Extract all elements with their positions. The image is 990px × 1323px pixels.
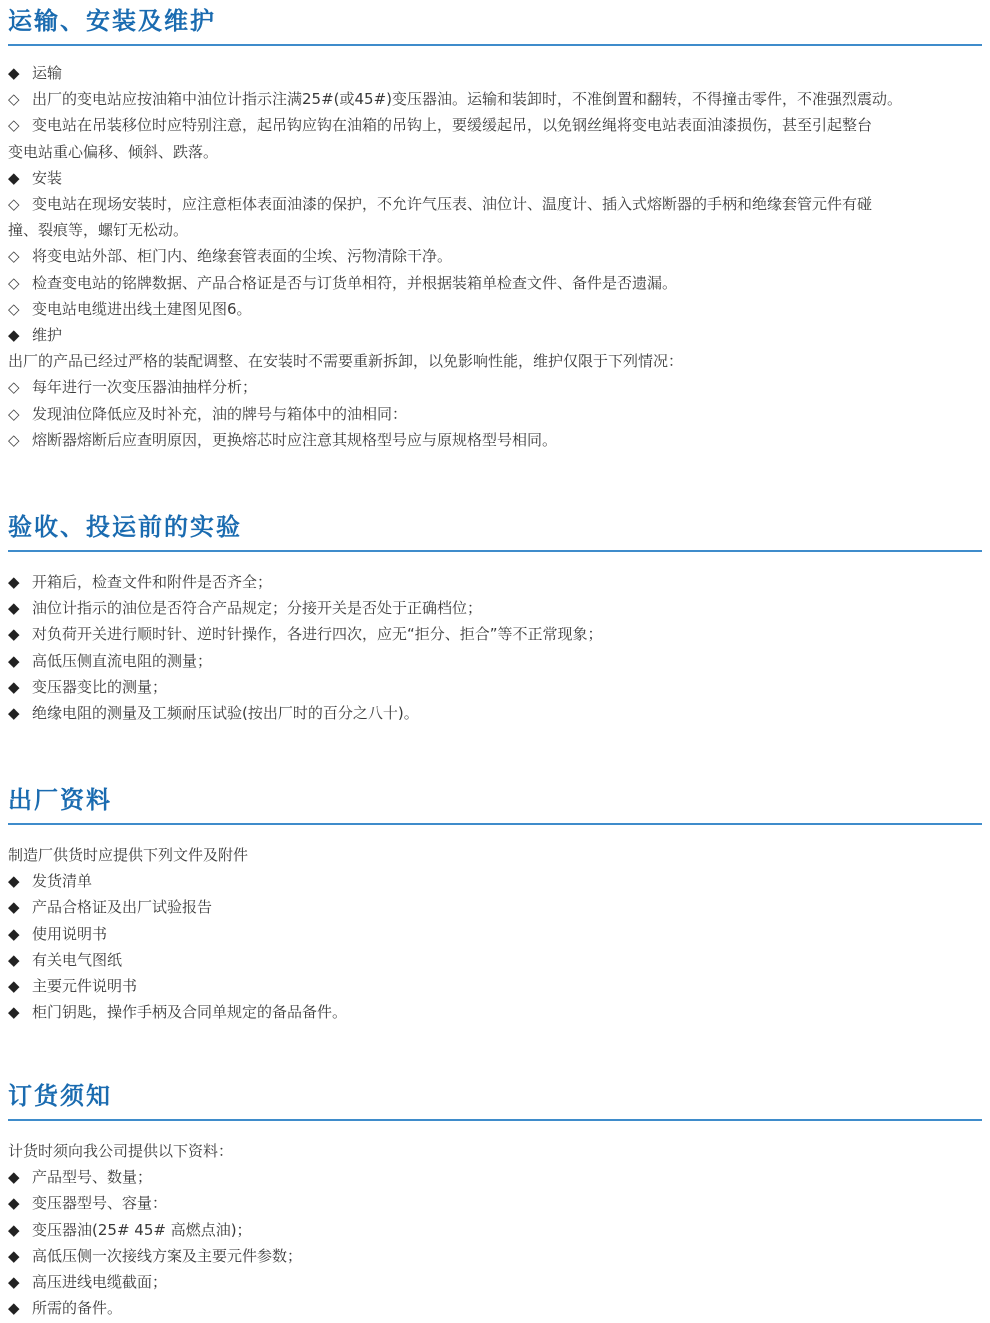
filled-diamond-bullet-icon: ◆	[8, 1243, 32, 1269]
line-text: 开箱后，检查文件和附件是否齐全；	[32, 573, 272, 591]
line-text: 产品型号、数量；	[32, 1168, 152, 1186]
filled-diamond-bullet-icon: ◆	[8, 947, 32, 973]
line-text: 使用说明书	[32, 925, 107, 943]
list-item: 出厂的产品已经过严格的装配调整、在安装时不需要重新拆卸，以免影响性能，维护仅限于…	[8, 348, 982, 374]
line-text: 主要元件说明书	[32, 977, 137, 995]
line-text: 发现油位降低应及时补充，油的牌号与箱体中的油相同：	[32, 405, 407, 423]
list-item: ◇每年进行一次变压器油抽样分析；	[8, 374, 982, 400]
filled-diamond-bullet-icon: ◆	[8, 322, 32, 348]
list-item: ◆安装	[8, 165, 982, 191]
list-item: ◆对负荷开关进行顺时针、逆时针操作，各进行四次，应无“拒分、拒合”等不正常现象；	[8, 621, 982, 647]
line-text: 维护	[32, 326, 62, 344]
line-text: 产品合格证及出厂试验报告	[32, 898, 212, 916]
hollow-diamond-bullet-icon: ◇	[8, 427, 32, 453]
list-item: ◆产品合格证及出厂试验报告	[8, 894, 982, 920]
hollow-diamond-bullet-icon: ◇	[8, 374, 32, 400]
list-item: ◇检查变电站的铭牌数据、产品合格证是否与订货单相符，并根据装箱单检查文件、备件是…	[8, 270, 982, 296]
list-item: ◆所需的备件。	[8, 1295, 982, 1321]
section-divider	[8, 823, 982, 825]
line-text: 高低压侧直流电阻的测量；	[32, 652, 212, 670]
line-text: 检查变电站的铭牌数据、产品合格证是否与订货单相符，并根据装箱单检查文件、备件是否…	[32, 274, 677, 292]
list-item: ◆绝缘电阻的测量及工频耐压试验(按出厂时的百分之八十)。	[8, 700, 982, 726]
list-item: ◇出厂的变电站应按油箱中油位计指示注满25#(或45#)变压器油。运输和装卸时，…	[8, 86, 982, 112]
filled-diamond-bullet-icon: ◆	[8, 894, 32, 920]
list-item: ◆变压器油(25# 45# 高燃点油)；	[8, 1217, 982, 1243]
filled-diamond-bullet-icon: ◆	[8, 569, 32, 595]
content-lines: 计货时须向我公司提供以下资料：◆产品型号、数量；◆变压器型号、容量：◆变压器油(…	[8, 1138, 982, 1321]
list-item: 制造厂供货时应提供下列文件及附件	[8, 842, 982, 868]
list-item: ◆使用说明书	[8, 921, 982, 947]
filled-diamond-bullet-icon: ◆	[8, 621, 32, 647]
list-item: ◆高低压侧一次接线方案及主要元件参数；	[8, 1243, 982, 1269]
hollow-diamond-bullet-icon: ◇	[8, 191, 32, 217]
line-text: 高低压侧一次接线方案及主要元件参数；	[32, 1247, 302, 1265]
line-text: 变电站重心偏移、倾斜、跌落。	[8, 143, 218, 161]
list-item: ◇将变电站外部、柜门内、绝缘套管表面的尘埃、污物清除干净。	[8, 243, 982, 269]
line-text: 撞、裂痕等，螺钉无松动。	[8, 221, 188, 239]
hollow-diamond-bullet-icon: ◇	[8, 296, 32, 322]
line-text: 油位计指示的油位是否符合产品规定；分接开关是否处于正确档位；	[32, 599, 482, 617]
line-text: 变压器油(25# 45# 高燃点油)；	[32, 1221, 252, 1239]
list-item: 计货时须向我公司提供以下资料：	[8, 1138, 982, 1164]
hollow-diamond-bullet-icon: ◇	[8, 112, 32, 138]
section-divider	[8, 550, 982, 552]
line-text: 安装	[32, 169, 62, 187]
filled-diamond-bullet-icon: ◆	[8, 921, 32, 947]
line-text: 高压进线电缆截面；	[32, 1273, 167, 1291]
line-text: 出厂的产品已经过严格的装配调整、在安装时不需要重新拆卸，以免影响性能，维护仅限于…	[8, 352, 683, 370]
line-text: 变电站在吊装移位时应特别注意，起吊钩应钩在油箱的吊钩上，要缓缓起吊，以免钢丝绳将…	[32, 116, 872, 134]
line-text: 有关电气图纸	[32, 951, 122, 969]
line-text: 所需的备件。	[32, 1299, 122, 1317]
line-text: 变电站在现场安装时，应注意柜体表面油漆的保护，不允许气压表、油位计、温度计、插入…	[32, 195, 872, 213]
line-text: 变压器型号、容量：	[32, 1194, 167, 1212]
filled-diamond-bullet-icon: ◆	[8, 60, 32, 86]
section-transport-install-maintenance: 运输、安装及维护 ◆运输◇出厂的变电站应按油箱中油位计指示注满25#(或45#)…	[8, 6, 982, 453]
filled-diamond-bullet-icon: ◆	[8, 674, 32, 700]
list-item: ◆主要元件说明书	[8, 973, 982, 999]
filled-diamond-bullet-icon: ◆	[8, 1164, 32, 1190]
filled-diamond-bullet-icon: ◆	[8, 595, 32, 621]
list-item: ◇变电站在现场安装时，应注意柜体表面油漆的保护，不允许气压表、油位计、温度计、插…	[8, 191, 982, 217]
filled-diamond-bullet-icon: ◆	[8, 973, 32, 999]
list-item: ◆高压进线电缆截面；	[8, 1269, 982, 1295]
filled-diamond-bullet-icon: ◆	[8, 700, 32, 726]
filled-diamond-bullet-icon: ◆	[8, 999, 32, 1025]
section-acceptance-tests: 验收、投运前的实验 ◆开箱后，检查文件和附件是否齐全；◆油位计指示的油位是否符合…	[8, 512, 982, 726]
list-item: ◆产品型号、数量；	[8, 1164, 982, 1190]
list-item: 变电站重心偏移、倾斜、跌落。	[8, 139, 982, 165]
line-text: 绝缘电阻的测量及工频耐压试验(按出厂时的百分之八十)。	[32, 704, 419, 722]
list-item: 撞、裂痕等，螺钉无松动。	[8, 217, 982, 243]
section-title: 出厂资料	[8, 785, 982, 815]
hollow-diamond-bullet-icon: ◇	[8, 86, 32, 112]
line-text: 熔断器熔断后应查明原因，更换熔芯时应注意其规格型号应与原规格型号相同。	[32, 431, 557, 449]
list-item: ◆变压器变比的测量；	[8, 674, 982, 700]
list-item: ◇变电站电缆进出线土建图见图6。	[8, 296, 982, 322]
list-item: ◆运输	[8, 60, 982, 86]
filled-diamond-bullet-icon: ◆	[8, 1217, 32, 1243]
list-item: ◆维护	[8, 322, 982, 348]
line-text: 制造厂供货时应提供下列文件及附件	[8, 846, 248, 864]
list-item: ◆有关电气图纸	[8, 947, 982, 973]
list-item: ◆开箱后，检查文件和附件是否齐全；	[8, 569, 982, 595]
list-item: ◆发货清单	[8, 868, 982, 894]
line-text: 变电站电缆进出线土建图见图6。	[32, 300, 252, 318]
section-ordering-notes: 订货须知 计货时须向我公司提供以下资料：◆产品型号、数量；◆变压器型号、容量：◆…	[8, 1081, 982, 1321]
line-text: 计货时须向我公司提供以下资料：	[8, 1142, 233, 1160]
list-item: ◆变压器型号、容量：	[8, 1190, 982, 1216]
section-title: 运输、安装及维护	[8, 6, 982, 36]
line-text: 运输	[32, 64, 62, 82]
filled-diamond-bullet-icon: ◆	[8, 1269, 32, 1295]
content-lines: 制造厂供货时应提供下列文件及附件◆发货清单◆产品合格证及出厂试验报告◆使用说明书…	[8, 842, 982, 1025]
section-factory-documents: 出厂资料 制造厂供货时应提供下列文件及附件◆发货清单◆产品合格证及出厂试验报告◆…	[8, 785, 982, 1025]
list-item: ◇变电站在吊装移位时应特别注意，起吊钩应钩在油箱的吊钩上，要缓缓起吊，以免钢丝绳…	[8, 112, 982, 138]
line-text: 将变电站外部、柜门内、绝缘套管表面的尘埃、污物清除干净。	[32, 247, 452, 265]
section-divider	[8, 44, 982, 46]
section-title: 验收、投运前的实验	[8, 512, 982, 542]
section-title: 订货须知	[8, 1081, 982, 1111]
filled-diamond-bullet-icon: ◆	[8, 868, 32, 894]
content-lines: ◆开箱后，检查文件和附件是否齐全；◆油位计指示的油位是否符合产品规定；分接开关是…	[8, 569, 982, 726]
list-item: ◇熔断器熔断后应查明原因，更换熔芯时应注意其规格型号应与原规格型号相同。	[8, 427, 982, 453]
line-text: 对负荷开关进行顺时针、逆时针操作，各进行四次，应无“拒分、拒合”等不正常现象；	[32, 625, 603, 643]
section-divider	[8, 1119, 982, 1121]
hollow-diamond-bullet-icon: ◇	[8, 270, 32, 296]
filled-diamond-bullet-icon: ◆	[8, 165, 32, 191]
line-text: 柜门钥匙，操作手柄及合同单规定的备品备件。	[32, 1003, 347, 1021]
line-text: 发货清单	[32, 872, 92, 890]
list-item: ◆柜门钥匙，操作手柄及合同单规定的备品备件。	[8, 999, 982, 1025]
filled-diamond-bullet-icon: ◆	[8, 1295, 32, 1321]
line-text: 变压器变比的测量；	[32, 678, 167, 696]
filled-diamond-bullet-icon: ◆	[8, 648, 32, 674]
content-lines: ◆运输◇出厂的变电站应按油箱中油位计指示注满25#(或45#)变压器油。运输和装…	[8, 60, 982, 453]
list-item: ◆油位计指示的油位是否符合产品规定；分接开关是否处于正确档位；	[8, 595, 982, 621]
list-item: ◆高低压侧直流电阻的测量；	[8, 648, 982, 674]
line-text: 出厂的变电站应按油箱中油位计指示注满25#(或45#)变压器油。运输和装卸时，不…	[32, 90, 902, 108]
line-text: 每年进行一次变压器油抽样分析；	[32, 378, 257, 396]
hollow-diamond-bullet-icon: ◇	[8, 401, 32, 427]
filled-diamond-bullet-icon: ◆	[8, 1190, 32, 1216]
hollow-diamond-bullet-icon: ◇	[8, 243, 32, 269]
list-item: ◇发现油位降低应及时补充，油的牌号与箱体中的油相同：	[8, 401, 982, 427]
